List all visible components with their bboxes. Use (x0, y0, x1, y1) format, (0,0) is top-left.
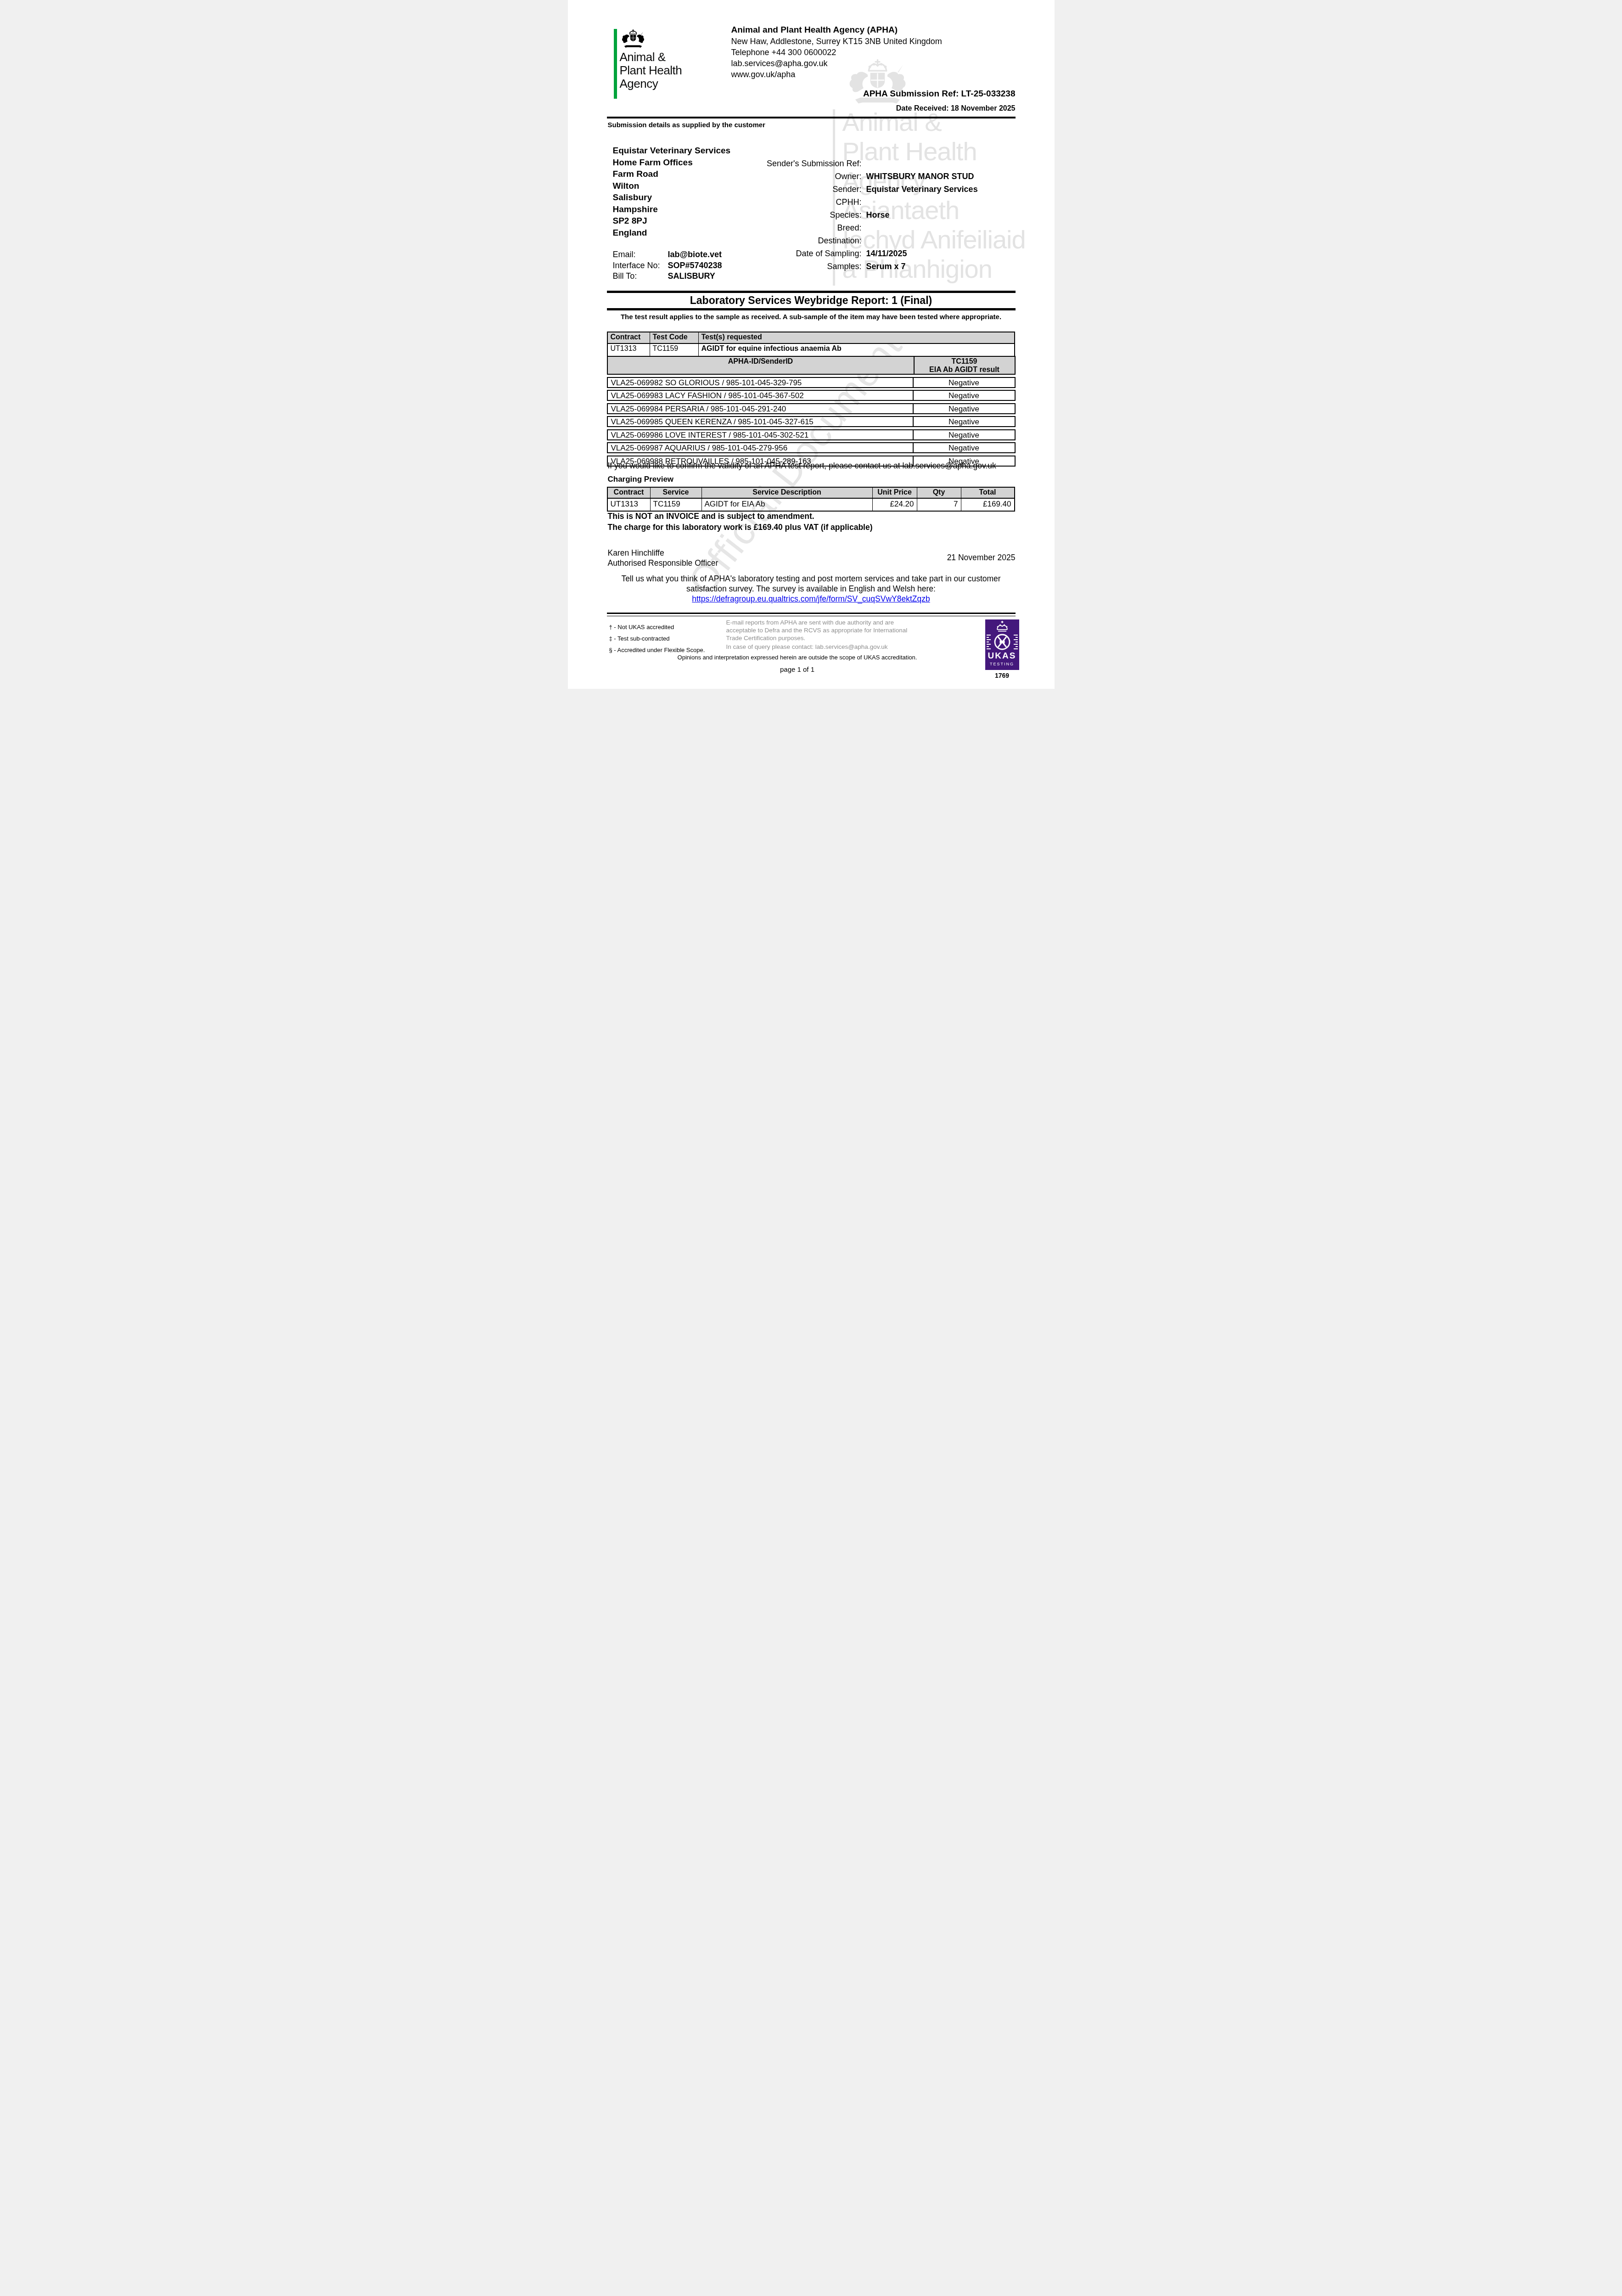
validity-note: If you would like to confirm the validit… (608, 461, 996, 471)
detail-row-owner: Owner:WHITSBURY MANOR STUD (607, 172, 1016, 182)
footnote-flexible-scope: § - Accredited under Flexible Scope. (609, 647, 705, 653)
col-header-contract: Contract (608, 488, 651, 498)
contact-row-email: Email:lab@biote.vet (613, 250, 888, 260)
detail-row-species: Species:Horse (607, 210, 1016, 220)
ukas-testing-logo: UKAS TESTING (985, 619, 1019, 670)
table-row: VLA25-069983 LACY FASHION / 985-101-045-… (607, 390, 1016, 401)
cell-contract: UT1313 (608, 499, 651, 511)
cell-result: Negative (914, 430, 1015, 439)
cell-sample-id: VLA25-069986 LOVE INTEREST / 985-101-045… (608, 430, 914, 439)
col-header-result: TC1159 EIA Ab AGIDT result (915, 357, 1015, 374)
page-number: page 1 of 1 (607, 666, 988, 674)
ukas-label: UKAS (985, 651, 1019, 661)
ukas-type-label: TESTING (985, 662, 1019, 666)
footnote-not-ukas: † - Not UKAS accredited (609, 624, 674, 630)
cell-total: £169.40 (961, 499, 1014, 511)
table-row: VLA25-069984 PERSARIA / 985-101-045-291-… (607, 403, 1016, 414)
col-header-service: Service (651, 488, 702, 498)
ukas-crest-icon (985, 619, 1019, 653)
detail-row-cphh: CPHH: (607, 197, 1016, 208)
email-authority-note: E-mail reports from APHA are sent with d… (726, 619, 915, 642)
cell-unit-price: £24.20 (873, 499, 917, 511)
cell-sample-id: VLA25-069983 LACY FASHION / 985-101-045-… (608, 391, 914, 400)
charging-table: Contract Service Service Description Uni… (607, 487, 1015, 512)
col-header-total: Total (961, 488, 1014, 498)
cell-result: Negative (914, 378, 1015, 387)
col-header-tests-requested: Test(s) requested (699, 332, 1014, 343)
charging-table-header: Contract Service Service Description Uni… (608, 488, 1014, 499)
results-table-header: APHA-ID/SenderID TC1159 EIA Ab AGIDT res… (607, 356, 1016, 375)
org-website: www.gov.uk/apha (731, 70, 796, 79)
footnote-subcontracted: ‡ - Test sub-contracted (609, 635, 670, 642)
col-header-contract: Contract (608, 332, 650, 343)
org-telephone: Telephone +44 300 0600022 (731, 48, 836, 57)
survey-text-line2: satisfaction survey. The survey is avail… (607, 584, 1016, 594)
title-bar-top (607, 291, 1016, 293)
cell-qty: 7 (917, 499, 961, 511)
logo-green-bar (614, 29, 617, 99)
report-date: 21 November 2025 (947, 553, 1016, 563)
agency-logotype: Animal & Plant Health Agency (620, 51, 682, 90)
charge-note: The charge for this laboratory work is £… (608, 523, 873, 532)
cell-sample-id: VLA25-069982 SO GLORIOUS / 985-101-045-3… (608, 378, 914, 387)
section-divider (607, 117, 1016, 118)
query-contact-note: In case of query please contact: lab.ser… (726, 643, 915, 651)
cell-result: Negative (914, 404, 1015, 413)
org-address: New Haw, Addlestone, Surrey KT15 3NB Uni… (731, 37, 942, 46)
cell-service-description: AGIDT for EIA Ab (702, 499, 873, 511)
cell-sample-id: VLA25-069987 AQUARIUS / 985-101-045-279-… (608, 443, 914, 452)
cell-result: Negative (914, 443, 1015, 452)
royal-crest-icon (620, 28, 646, 50)
detail-row-sender: Sender:Equistar Veterinary Services (607, 185, 1016, 195)
ukas-accreditation-number: 1769 (985, 672, 1019, 679)
col-header-test-code: Test Code (650, 332, 699, 343)
org-email: lab.services@apha.gov.uk (731, 59, 828, 68)
charging-table-row: UT1313 TC1159 AGIDT for EIA Ab £24.20 7 … (608, 499, 1014, 511)
col-header-apha-id: APHA-ID/SenderID (608, 357, 915, 374)
title-bar-bottom (607, 308, 1016, 310)
col-header-qty: Qty (917, 488, 961, 498)
table-row: VLA25-069985 QUEEN KERENZA / 985-101-045… (607, 416, 1016, 427)
signatory-role: Authorised Responsible Officer (608, 558, 718, 568)
survey-text-line1: Tell us what you think of APHA's laborat… (607, 574, 1016, 584)
detail-row-breed: Breed: (607, 223, 1016, 233)
table-row: VLA25-069987 AQUARIUS / 985-101-045-279-… (607, 442, 1016, 453)
submission-ref: APHA Submission Ref: LT-25-033238 (863, 89, 1016, 99)
signatory-name: Karen Hinchliffe (608, 548, 664, 558)
survey-link-wrap: https://defragroup.eu.qualtrics.com/jfe/… (607, 594, 1016, 604)
cell-result: Negative (914, 417, 1015, 426)
contact-row-bill-to: Bill To:SALISBURY (613, 271, 888, 281)
detail-row-destination: Destination: (607, 236, 1016, 246)
cell-sample-id: VLA25-069985 QUEEN KERENZA / 985-101-045… (608, 417, 914, 426)
report-title: Laboratory Services Weybridge Report: 1 … (607, 294, 1016, 307)
invoice-note: This is NOT an INVOICE and is subject to… (608, 512, 814, 521)
detail-row-senders-ref: Sender's Submission Ref: (607, 159, 1016, 169)
report-subtitle: The test result applies to the sample as… (618, 313, 1004, 321)
apha-lab-report-page: Animal & Plant Health Agency Asiantaeth … (568, 0, 1055, 689)
ukas-scope-note: Opinions and interpretation expressed he… (607, 654, 988, 661)
table-row: VLA25-069986 LOVE INTEREST / 985-101-045… (607, 429, 1016, 440)
col-header-unit-price: Unit Price (873, 488, 917, 498)
cell-service: TC1159 (651, 499, 702, 511)
cell-sample-id: VLA25-069984 PERSARIA / 985-101-045-291-… (608, 404, 914, 413)
org-name: Animal and Plant Health Agency (APHA) (731, 25, 898, 35)
date-received: Date Received: 18 November 2025 (896, 105, 1016, 113)
watermark-crest-icon (844, 58, 911, 107)
table-row: VLA25-069982 SO GLORIOUS / 985-101-045-3… (607, 377, 1016, 388)
charging-preview-title: Charging Preview (608, 475, 674, 484)
cell-result: Negative (914, 391, 1015, 400)
contact-row-interface-no: Interface No:SOP#5740238 (613, 261, 888, 271)
contract-table-header: Contract Test Code Test(s) requested (608, 332, 1014, 344)
footer-divider (607, 613, 1016, 616)
results-table: APHA-ID/SenderID TC1159 EIA Ab AGIDT res… (607, 356, 1016, 467)
submission-section-title: Submission details as supplied by the cu… (608, 121, 765, 129)
survey-link[interactable]: https://defragroup.eu.qualtrics.com/jfe/… (692, 594, 930, 603)
col-header-service-description: Service Description (702, 488, 873, 498)
